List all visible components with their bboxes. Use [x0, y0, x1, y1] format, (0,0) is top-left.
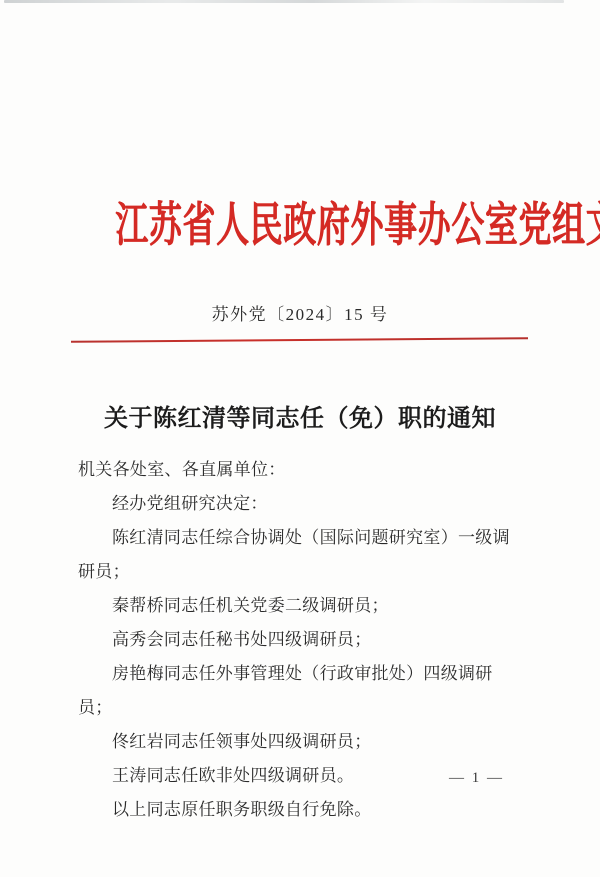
- document-number: 苏外党〔2024〕15 号: [0, 300, 600, 325]
- body-line: 以上同志原任职务职级自行免除。: [78, 793, 524, 827]
- document-header-banner: 江苏省人民政府外事办公室党组文件: [0, 196, 600, 267]
- salutation-line: 机关各处室、各直属单位：: [78, 453, 524, 487]
- body-line: 陈红清同志任综合协调处（国际问题研究室）一级调研员；: [78, 521, 524, 589]
- body-line: 秦帮桥同志任机关党委二级调研员；: [78, 589, 524, 623]
- page-number: — 1 —: [449, 770, 504, 787]
- body-line: 佟红岩同志任领事处四级调研员；: [78, 725, 524, 759]
- document-page: 江苏省人民政府外事办公室党组文件 苏外党〔2024〕15 号 关于陈红清等同志任…: [0, 0, 600, 877]
- body-line: 经办党组研究决定：: [78, 487, 524, 521]
- header-title: 江苏省人民政府外事办公室党组文件: [115, 196, 600, 256]
- body-line: 高秀会同志任秘书处四级调研员；: [78, 623, 524, 657]
- body-line: 房艳梅同志任外事管理处（行政审批处）四级调研员；: [78, 657, 524, 725]
- document-title: 关于陈红清等同志任（免）职的通知: [0, 398, 600, 433]
- red-divider-line: [71, 337, 528, 343]
- scan-edge-artifact: [4, 0, 564, 3]
